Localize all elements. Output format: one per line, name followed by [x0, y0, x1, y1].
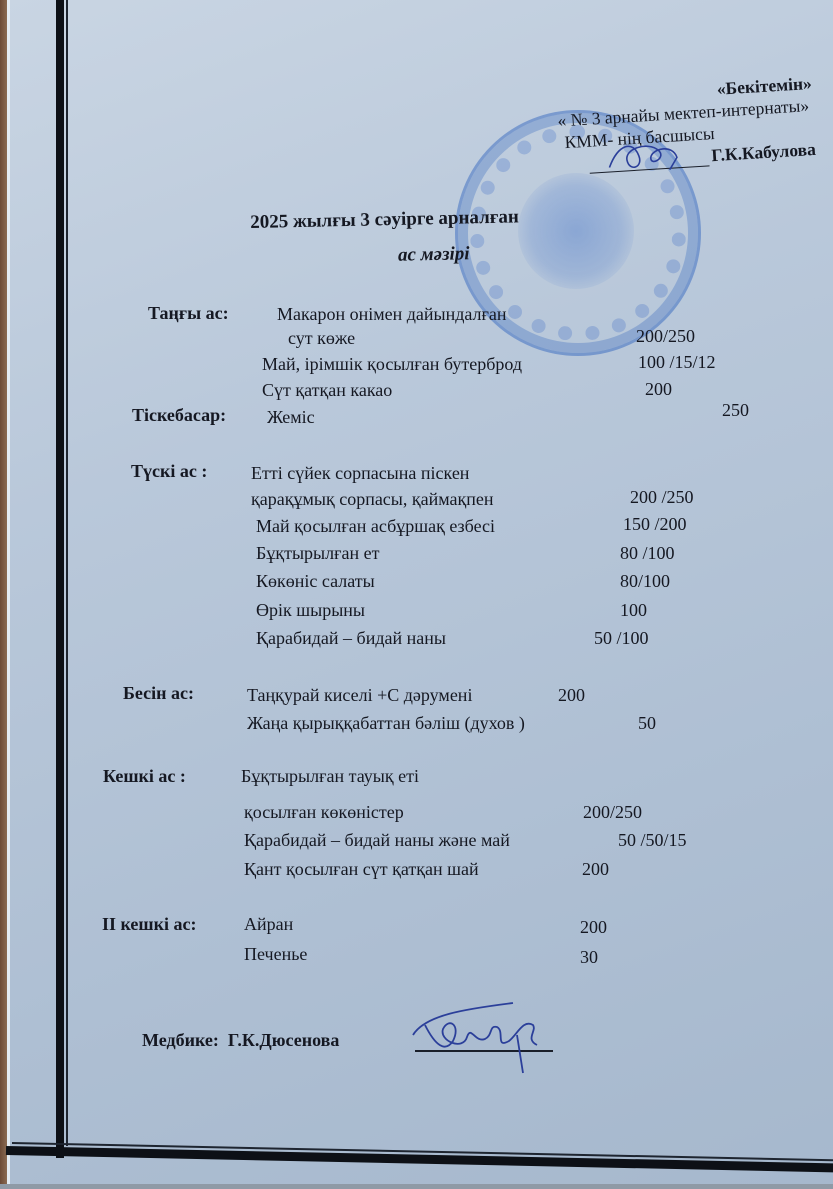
- menu-qty: 80 /100: [620, 543, 675, 564]
- menu-qty: 200: [645, 379, 672, 400]
- nurse-label: Медбике:: [142, 1030, 219, 1050]
- meal-label: Түскі ас :: [131, 461, 207, 482]
- menu-item: Печенье: [244, 944, 307, 965]
- menu-item: қосылған көкөністер: [244, 802, 404, 823]
- menu-item: Жеміс: [267, 407, 315, 428]
- meal-label: ІІ кешкі ас:: [102, 914, 196, 935]
- director-signature: [589, 147, 710, 173]
- menu-item: сут көже: [288, 328, 355, 349]
- meal-label: Кешкі ас :: [103, 766, 186, 787]
- menu-qty: 80/100: [620, 571, 670, 592]
- menu-qty: 100: [620, 600, 647, 621]
- menu-item: Макарон онімен дайындалған: [277, 304, 507, 325]
- menu-item: Бұқтырылған ет: [256, 543, 379, 564]
- page-frame-left: [56, 0, 64, 1158]
- menu-item: Жаңа қырыққабаттан бәліш (духов ): [247, 713, 525, 734]
- menu-qty: 50 /100: [594, 628, 649, 649]
- page-frame-left-inner: [66, 0, 68, 1146]
- menu-subtitle: ас мәзірі: [398, 243, 470, 266]
- menu-item: Қант қосылған сүт қатқан шай: [244, 859, 479, 880]
- background-edge: [0, 0, 7, 1189]
- menu-qty: 200 /250: [630, 487, 694, 508]
- menu-item: Сүт қатқан какао: [262, 380, 392, 401]
- menu-item: қарақұмық сорпасы, қаймақпен: [251, 489, 494, 510]
- paper-edge: [7, 0, 10, 1189]
- nurse-name: Г.К.Дюсенова: [228, 1030, 339, 1050]
- menu-qty: 200/250: [583, 802, 642, 823]
- bottom-shadow: [0, 1184, 833, 1189]
- menu-item: Таңқурай киселі +С дәрумені: [247, 685, 472, 706]
- menu-qty: 50: [638, 713, 656, 734]
- menu-qty: 150 /200: [623, 514, 687, 535]
- menu-item: Бұқтырылған тауық еті: [241, 766, 419, 787]
- menu-item: Көкөніс салаты: [256, 571, 375, 592]
- meal-label: Бесін ас:: [123, 683, 194, 704]
- menu-item: Қарабидай – бидай наны: [256, 628, 446, 649]
- menu-item: Қарабидай – бидай наны және май: [244, 830, 510, 851]
- menu-qty: 50 /50/15: [618, 830, 687, 851]
- meal-label: Тіскебасар:: [132, 405, 226, 426]
- meal-label: Таңғы ас:: [148, 303, 229, 324]
- approval-block: «Бекітемін» « № 3 арнайы мектеп-интернат…: [432, 72, 817, 183]
- menu-qty: 250: [722, 400, 749, 421]
- menu-item: Май қосылған асбұршақ езбесі: [256, 516, 495, 537]
- menu-item: Етті сүйек сорпасына піскен: [251, 463, 469, 484]
- menu-qty: 200: [580, 917, 607, 938]
- menu-item: Май, ірімшік қосылған бутерброд: [262, 354, 522, 375]
- menu-qty: 100 /15/12: [638, 352, 716, 373]
- menu-qty: 200/250: [636, 326, 695, 347]
- menu-item: Айран: [244, 914, 293, 935]
- director-name: Г.К.Кабулова: [711, 138, 817, 166]
- nurse-signature-row: Медбике: Г.К.Дюсенова: [142, 1030, 339, 1051]
- stamp-emblem-icon: [518, 173, 634, 289]
- menu-item: Өрік шырыны: [256, 600, 365, 621]
- nurse-signature-scribble: [405, 995, 565, 1075]
- menu-qty: 200: [582, 859, 609, 880]
- menu-qty: 200: [558, 685, 585, 706]
- menu-qty: 30: [580, 947, 598, 968]
